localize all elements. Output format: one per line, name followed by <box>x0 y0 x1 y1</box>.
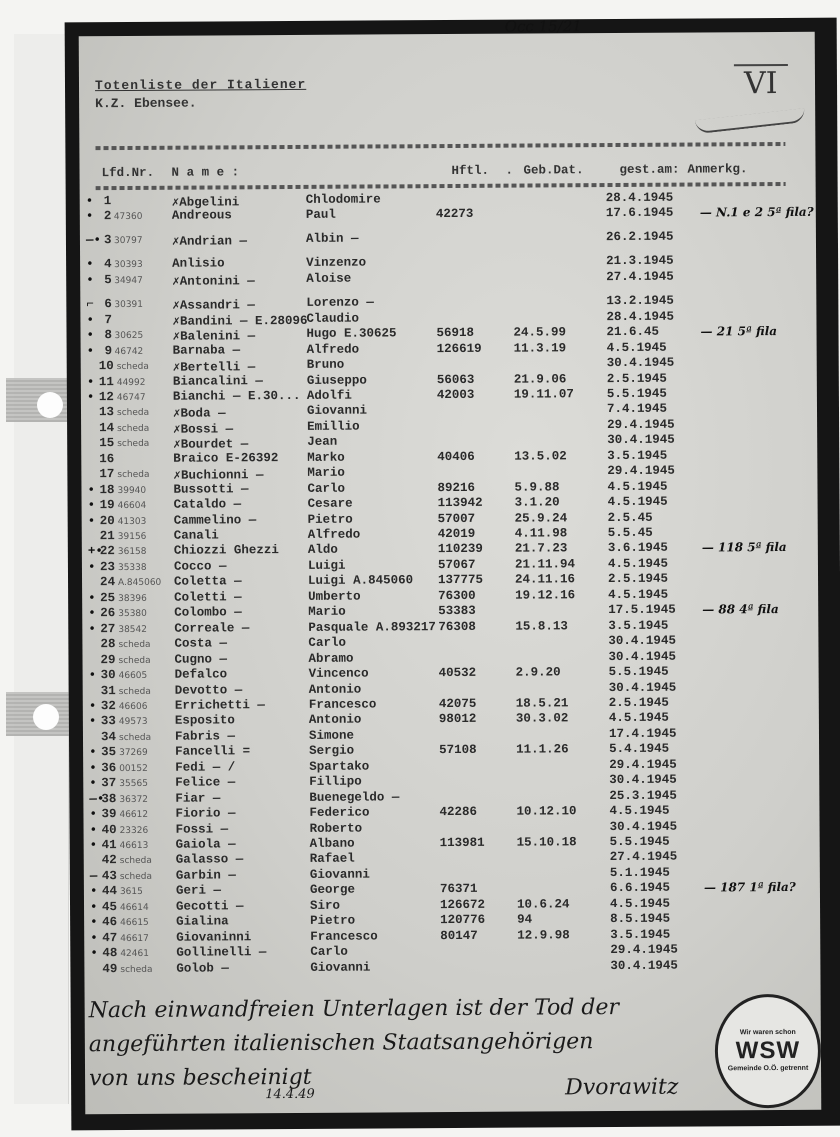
row-surname: ✗Bandini — E.28096 <box>172 312 307 329</box>
row-first-name: Carlo <box>308 636 346 650</box>
row-death-date: 26.2.1945 <box>606 230 674 244</box>
row-prisoner-number: 126672 <box>440 898 485 912</box>
row-surname: Defalco <box>175 667 228 681</box>
row-surname: ✗Abgelini <box>172 193 240 209</box>
punch-hole <box>37 392 63 418</box>
row-surname: Canali <box>174 528 219 542</box>
row-first-name: Luigi <box>308 559 346 573</box>
row-pencil-number: 44992 <box>117 377 146 387</box>
row-surname: Felice — <box>175 776 235 790</box>
row-birth-date: 2.9.20 <box>516 665 561 679</box>
row-death-date: 27.4.1945 <box>610 850 678 864</box>
row-death-date: 4.5.1945 <box>608 587 668 601</box>
row-surname: Gialina <box>176 915 229 929</box>
row-number: 1 <box>104 194 112 208</box>
row-death-date: 17.5.1945 <box>608 603 676 617</box>
row-prisoner-number: 98012 <box>439 712 477 726</box>
row-first-name: Pasquale A.893217 <box>308 620 436 635</box>
row-pencil-number: 41303 <box>118 516 147 526</box>
col-dot: . <box>505 164 513 178</box>
row-pencil-number: 00152 <box>119 764 148 774</box>
row-mark: • <box>90 885 98 899</box>
row-pencil-number: 38542 <box>118 625 147 635</box>
row-surname: Devotto — <box>175 683 243 697</box>
row-pencil-number: scheda <box>117 424 149 434</box>
row-birth-date: 10.12.10 <box>516 804 576 818</box>
row-mark: — <box>90 869 98 883</box>
row-first-name: Francesco <box>309 697 377 711</box>
row-pencil-number: 34947 <box>114 276 143 286</box>
row-first-name: Simone <box>309 728 354 742</box>
row-surname: Golob — <box>176 961 229 975</box>
row-mark: • <box>90 823 98 837</box>
row-death-date: 27.4.1945 <box>606 269 674 283</box>
row-surname: Fiar — <box>175 791 220 805</box>
row-first-name: Giovanni <box>307 404 367 418</box>
row-number: 35 <box>101 745 116 759</box>
row-birth-date: 24.11.16 <box>515 573 575 587</box>
row-surname: Andreous <box>172 209 232 223</box>
row-pencil-number: 46617 <box>120 934 149 944</box>
row-prisoner-number: 53383 <box>438 604 476 618</box>
row-first-name: Pietro <box>308 512 353 526</box>
row-mark: • <box>86 328 94 342</box>
row-first-name: Albano <box>310 837 355 851</box>
row-mark: • <box>89 715 97 729</box>
row-mark: • <box>89 699 97 713</box>
row-first-name: Adolfi <box>307 389 352 403</box>
row-death-date: 8.5.1945 <box>610 912 670 926</box>
row-death-date: 6.6.1945 <box>610 881 670 895</box>
row-death-date: 5.4.1945 <box>609 742 669 756</box>
row-number: 11 <box>99 375 114 389</box>
row-pencil-number: 30625 <box>115 331 144 341</box>
row-number: 30 <box>101 668 116 682</box>
row-death-date: 4.5.1945 <box>609 711 669 725</box>
row-mark: ⌐ <box>86 297 94 311</box>
row-number: 7 <box>104 313 112 327</box>
row-birth-date: 5.9.88 <box>514 480 559 494</box>
row-death-date: 5.5.1945 <box>610 835 670 849</box>
row-birth-date: 19.11.07 <box>514 387 574 401</box>
row-first-name: Bruno <box>307 358 345 372</box>
row-pencil-number: 46605 <box>119 671 148 681</box>
col-gest-am: gest.am: <box>619 163 679 177</box>
row-first-name: Hugo E.30625 <box>306 326 396 341</box>
row-death-date: 4.5.1945 <box>608 557 668 571</box>
row-surname: Geri — <box>176 884 221 898</box>
row-surname: Fancelli = <box>175 745 250 759</box>
row-surname: Braico E-26392 <box>173 451 278 466</box>
row-pencil-number: 47360 <box>114 212 143 222</box>
row-death-date: 30.4.1945 <box>609 680 677 694</box>
row-death-date: 29.4.1945 <box>609 757 677 771</box>
row-death-date: 4.5.1945 <box>607 340 667 354</box>
row-first-name: Aloise <box>306 271 351 285</box>
row-death-date: 4.5.1945 <box>608 495 668 509</box>
row-number: 49 <box>102 962 117 976</box>
row-pencil-number: 46614 <box>120 903 149 913</box>
row-number: 29 <box>100 653 115 667</box>
signature: Dvorawitz <box>565 1075 678 1101</box>
row-prisoner-number: 113942 <box>438 496 483 510</box>
row-number: 8 <box>104 328 112 342</box>
table-row: 49schedaGolob —Giovanni30.4.1945 <box>84 957 820 977</box>
row-birth-date: 13.5.02 <box>514 449 567 463</box>
row-surname: ✗Andrian — <box>172 232 247 248</box>
row-prisoner-number: 57007 <box>438 511 476 525</box>
row-surname: ✗Buchionni — <box>173 466 263 483</box>
row-pencil-number: scheda <box>119 686 151 696</box>
row-pencil-number: 36158 <box>118 547 147 557</box>
row-pencil-number: A.845060 <box>118 578 161 588</box>
row-surname: Barnaba — <box>173 343 241 357</box>
row-surname: Correale — <box>174 621 249 635</box>
row-pencil-number: scheda <box>117 408 149 418</box>
certification-line: angeführten italienischen Staatsangehöri… <box>89 1024 729 1062</box>
row-first-name: Sergio <box>309 744 354 758</box>
row-surname: ✗Bertelli — <box>173 358 256 375</box>
row-first-name: Chlodomire <box>306 192 381 206</box>
certification-date: 14.4.49 <box>265 1087 315 1102</box>
row-surname: Fossi — <box>176 822 229 836</box>
row-birth-date: 21.9.06 <box>514 372 567 386</box>
row-mark: • <box>90 931 98 945</box>
row-first-name: Marko <box>307 450 345 464</box>
row-mark: • <box>89 776 97 790</box>
row-pencil-number: 46747 <box>117 393 146 403</box>
row-mark: • <box>88 622 96 636</box>
row-first-name: Abramo <box>308 651 353 665</box>
row-prisoner-number: 42075 <box>439 697 477 711</box>
row-prisoner-number: 42286 <box>439 805 477 819</box>
row-mark: —• <box>86 233 101 247</box>
row-pencil-number: scheda <box>117 470 149 480</box>
row-first-name: Antonio <box>309 713 362 727</box>
row-surname: ✗Antonini — <box>172 272 255 289</box>
row-birth-date: 15.8.13 <box>515 619 568 633</box>
row-pencil-number: 39940 <box>117 486 146 496</box>
row-pencil-number: 36372 <box>119 795 148 805</box>
table-row: •534947✗Antonini —Aloise27.4.1945 <box>80 269 816 289</box>
row-mark: • <box>90 838 98 852</box>
row-number: 22 <box>100 545 115 559</box>
row-pencil-number: 49573 <box>119 717 148 727</box>
row-birth-date: 18.5.21 <box>516 696 569 710</box>
row-pencil-number: 23326 <box>120 825 149 835</box>
row-number: 17 <box>99 467 114 481</box>
row-death-date: 2.5.1945 <box>607 371 667 385</box>
row-pencil-number: scheda <box>119 733 151 743</box>
death-list-table: •1✗AbgeliniChlodomire28.4.1945•247360And… <box>80 190 816 194</box>
row-first-name: Alfredo <box>308 528 361 542</box>
divider-rule <box>96 182 786 190</box>
row-mark: • <box>88 498 96 512</box>
row-first-name: Lorenzo — <box>306 296 374 310</box>
row-surname: Gollinelli — <box>176 945 266 960</box>
row-first-name: Carlo <box>307 481 345 495</box>
row-number: 48 <box>102 946 117 960</box>
row-mark: • <box>87 483 95 497</box>
row-pencil-number: 30393 <box>114 260 143 270</box>
row-number: 10 <box>99 359 114 373</box>
row-prisoner-number: 57067 <box>438 558 476 572</box>
col-anmerkg: Anmerkg. <box>687 162 747 176</box>
row-number: 19 <box>100 498 115 512</box>
divider-rule <box>95 142 785 150</box>
row-surname: Errichetti — <box>175 698 265 713</box>
row-surname: Garbin — <box>176 868 236 882</box>
row-pencil-number: 37269 <box>119 748 148 758</box>
punch-hole <box>33 704 59 730</box>
row-pencil-number: 46613 <box>120 841 149 851</box>
row-surname: Bussotti — <box>173 482 248 496</box>
row-number: 38 <box>101 792 116 806</box>
row-mark: • <box>86 273 94 287</box>
document-subtitle: K.Z. Ebensee. <box>95 96 197 112</box>
row-surname: Fedi — / <box>175 760 235 774</box>
row-surname: Fiorio — <box>175 806 235 820</box>
row-pencil-number: 30797 <box>114 236 143 246</box>
row-death-date: 3.6.1945 <box>608 541 668 555</box>
row-death-date: 5.5.1945 <box>607 387 667 401</box>
row-pencil-number: 42461 <box>120 949 149 959</box>
row-mark: • <box>88 606 96 620</box>
row-first-name: Giovanni <box>310 867 370 881</box>
row-first-name: Rafael <box>310 852 355 866</box>
row-surname: ✗Assandri — <box>172 296 255 313</box>
row-death-date: 21.6.45 <box>606 325 659 339</box>
row-pencil-number: scheda <box>118 655 150 665</box>
row-surname: Cugno — <box>174 652 227 666</box>
row-prisoner-number: 89216 <box>437 481 475 495</box>
row-birth-date: 15.10.18 <box>517 835 577 849</box>
row-pencil-number: 35565 <box>119 779 148 789</box>
row-birth-date: 12.9.98 <box>517 928 570 942</box>
row-first-name: George <box>310 883 355 897</box>
row-number: 42 <box>102 854 117 868</box>
row-number: 13 <box>99 405 114 419</box>
row-death-date: 30.4.1945 <box>608 649 676 663</box>
row-number: 15 <box>99 436 114 450</box>
table-row: •247360AndreousPaul4227317.6.1945— N.1 e… <box>80 205 816 225</box>
row-surname: Biancalini — <box>173 374 263 389</box>
row-pencil-number: scheda <box>120 964 152 974</box>
row-number: 40 <box>102 823 117 837</box>
row-mark: • <box>87 375 95 389</box>
row-birth-date: 10.6.24 <box>517 897 570 911</box>
row-mark: • <box>87 390 95 404</box>
row-birth-date: 21.7.23 <box>515 542 568 556</box>
row-number: 34 <box>101 730 116 744</box>
sheet-number: VI <box>734 64 788 101</box>
row-annotation: — N.1 e 2 5ª fila? <box>700 205 814 220</box>
row-prisoner-number: 137775 <box>438 573 483 587</box>
row-number: 20 <box>100 514 115 528</box>
row-birth-date: 11.1.26 <box>516 743 569 757</box>
row-first-name: Mario <box>307 466 345 480</box>
row-first-name: Albin — <box>306 231 359 245</box>
row-surname: ✗Bossi — <box>173 420 233 436</box>
col-hftl: Hftl. <box>451 164 489 178</box>
row-death-date: 2.5.45 <box>608 510 653 524</box>
row-death-date: 17.6.1945 <box>606 206 674 220</box>
stamp-main-text: WSW <box>736 1037 800 1065</box>
row-prisoner-number: 56063 <box>437 372 475 386</box>
row-death-date: 5.1.1945 <box>610 866 670 880</box>
row-death-date: 21.3.1945 <box>606 254 674 268</box>
row-pencil-number: 35338 <box>118 563 147 573</box>
row-birth-date: 19.12.16 <box>515 588 575 602</box>
row-pencil-number: scheda <box>118 640 150 650</box>
col-lfd-nr: Lfd.Nr. <box>102 166 155 180</box>
row-surname: Cocco — <box>174 559 227 573</box>
row-death-date: 4.5.1945 <box>609 804 669 818</box>
row-death-date: 25.3.1945 <box>609 788 677 802</box>
row-first-name: Carlo <box>310 945 348 959</box>
row-birth-date: 3.1.20 <box>515 495 560 509</box>
row-birth-date: 94 <box>517 913 532 927</box>
row-mark: • <box>88 560 96 574</box>
row-annotation: — 118 5ª fila <box>702 540 787 555</box>
row-death-date: 3.5.1945 <box>607 448 667 462</box>
row-pencil-number: scheda <box>117 439 149 449</box>
row-surname: Chiozzi Ghezzi <box>174 544 279 559</box>
row-first-name: Jean <box>307 435 337 449</box>
row-number: 25 <box>100 591 115 605</box>
row-number: 39 <box>101 807 116 821</box>
row-surname: ✗Boda — <box>173 405 226 421</box>
row-first-name: Pietro <box>310 914 355 928</box>
row-surname: Gaiola — <box>176 837 236 851</box>
row-death-date: 3.5.1945 <box>610 927 670 941</box>
row-annotation: — 187 1ª fila? <box>704 880 796 895</box>
row-number: 9 <box>105 344 113 358</box>
row-death-date: 13.2.1945 <box>606 294 674 308</box>
row-birth-date: 21.11.94 <box>515 557 575 571</box>
row-death-date: 29.4.1945 <box>607 464 675 478</box>
row-number: 36 <box>101 761 116 775</box>
row-surname: Bianchi — E.30... <box>173 389 301 404</box>
row-number: 43 <box>102 869 117 883</box>
row-number: 27 <box>100 622 115 636</box>
row-death-date: 4.5.1945 <box>607 479 667 493</box>
row-mark: • <box>88 591 96 605</box>
row-number: 24 <box>100 575 115 589</box>
row-prisoner-number: 126619 <box>437 341 482 355</box>
row-first-name: Aldo <box>308 543 338 557</box>
row-death-date: 7.4.1945 <box>607 402 667 416</box>
row-number: 12 <box>99 390 114 404</box>
row-death-date: 3.5.1945 <box>608 618 668 632</box>
row-surname: Colombo — <box>174 606 242 620</box>
row-surname: Anlisio <box>172 257 225 271</box>
row-number: 41 <box>102 838 117 852</box>
reference-note: Occ 15/21 <box>505 17 582 35</box>
row-mark: • <box>86 258 94 272</box>
row-death-date: 2.5.1945 <box>608 572 668 586</box>
row-first-name: Roberto <box>310 821 363 835</box>
row-prisoner-number: 76300 <box>438 589 476 603</box>
row-surname: Cammelino — <box>174 513 257 528</box>
row-pencil-number: 46604 <box>118 501 147 511</box>
table-row: —•330797✗Andrian —Albin —26.2.1945 <box>80 229 816 249</box>
row-prisoner-number: 76308 <box>438 620 476 634</box>
row-number: 44 <box>102 884 117 898</box>
row-surname: Costa — <box>174 637 227 651</box>
row-death-date: 28.4.1945 <box>606 309 674 323</box>
row-mark: • <box>86 210 94 224</box>
row-death-date: 30.4.1945 <box>610 819 678 833</box>
row-first-name: Alfredo <box>307 342 360 356</box>
row-mark: • <box>89 761 97 775</box>
row-first-name: Luigi A.845060 <box>308 574 413 589</box>
row-number: 47 <box>102 931 117 945</box>
row-pencil-number: 46615 <box>120 918 149 928</box>
row-mark: • <box>89 745 97 759</box>
row-prisoner-number: 76371 <box>440 882 478 896</box>
row-number: 18 <box>99 483 114 497</box>
row-annotation: — 88 4ª fila <box>702 602 779 616</box>
row-mark: • <box>90 915 98 929</box>
row-pencil-number: 30391 <box>114 300 143 310</box>
document-title: Totenliste der Italiener <box>95 77 306 93</box>
handwritten-flourish <box>695 108 806 134</box>
row-surname: Cataldo — <box>174 497 242 511</box>
row-prisoner-number: 42273 <box>436 207 474 221</box>
row-surname: Coletta — <box>174 575 242 589</box>
row-surname: Coletti — <box>174 590 242 604</box>
row-pencil-number: 35380 <box>118 609 147 619</box>
row-pencil-number: scheda <box>120 856 152 866</box>
row-annotation: — 21 5ª fila <box>700 324 777 338</box>
row-surname: ✗Balenini — <box>172 327 255 344</box>
row-birth-date: 24.5.99 <box>513 325 566 339</box>
col-name: N a m e : <box>172 165 240 179</box>
row-birth-date: 11.3.19 <box>514 341 567 355</box>
row-death-date: 30.4.1945 <box>610 958 678 972</box>
row-mark: • <box>87 344 95 358</box>
row-surname: ✗Bourdet — <box>173 436 248 452</box>
table-header: Lfd.Nr. N a m e : Hftl. . Geb.Dat. gest.… <box>96 162 796 182</box>
row-death-date: 28.4.1945 <box>606 191 674 205</box>
row-death-date: 30.4.1945 <box>609 773 677 787</box>
row-prisoner-number: 110239 <box>438 542 483 556</box>
row-first-name: Antonio <box>309 682 362 696</box>
row-surname: Fabris — <box>175 729 235 743</box>
row-number: 5 <box>104 273 112 287</box>
row-number: 23 <box>100 560 115 574</box>
row-first-name: Giovanni <box>310 960 370 974</box>
row-surname: Giovaninni <box>176 930 251 944</box>
row-death-date: 4.5.1945 <box>610 896 670 910</box>
row-mark: • <box>90 946 98 960</box>
row-first-name: Vincenco <box>309 667 369 681</box>
row-number: 32 <box>101 699 116 713</box>
row-birth-date: 30.3.02 <box>516 712 569 726</box>
row-birth-date: 25.9.24 <box>515 511 568 525</box>
col-geb-dat: Geb.Dat. <box>523 163 583 177</box>
row-prisoner-number: 40406 <box>437 450 475 464</box>
document-page: Totenliste der Italiener K.Z. Ebensee. V… <box>79 32 822 1114</box>
row-death-date: 29.4.1945 <box>610 943 678 957</box>
row-number: 31 <box>101 684 116 698</box>
row-number: 2 <box>104 210 112 224</box>
row-mark: • <box>89 807 97 821</box>
row-number: 6 <box>104 297 112 311</box>
row-number: 33 <box>101 714 116 728</box>
row-mark: • <box>90 900 98 914</box>
